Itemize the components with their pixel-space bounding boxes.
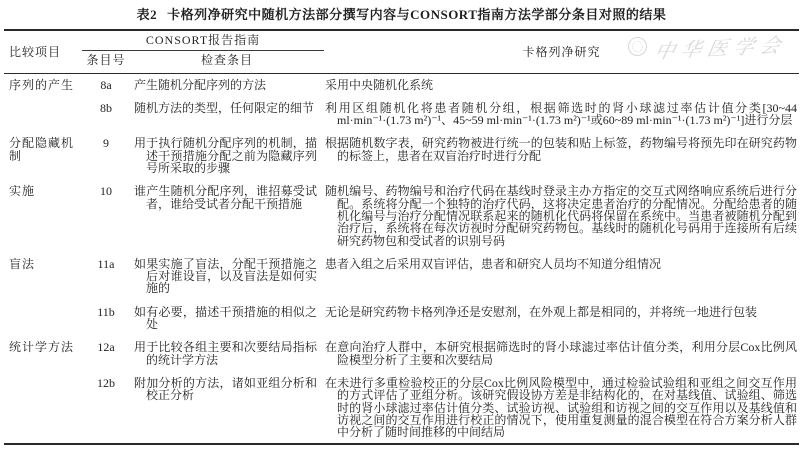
item-number-cell: 11b — [82, 296, 130, 332]
document-page: 表2卡格列净研究中随机方法部分撰写内容与CONSORT指南方法学部分条目对照的结… — [0, 0, 803, 465]
study-cell: 在未进行多重检验校正的分层Cox比例风险模型中，通过检验试验组和亚组之间交互作用… — [324, 367, 799, 444]
study-cell: 利用区组随机化将患者随机分组，根据筛选时的肾小球滤过率估计值分类[30~44 m… — [324, 92, 799, 128]
study-cell: 患者入组之后采用双盲评估，患者和研究人员均不知道分组情况 — [324, 248, 799, 296]
checklist-cell: 如有必要，描述干预措施的相似之处 — [130, 296, 324, 332]
table-title: 表2卡格列净研究中随机方法部分撰写内容与CONSORT指南方法学部分条目对照的结… — [0, 0, 803, 23]
table-row: 统计学方法12a用于比较各组主要和次要结局指标的统计学方法在意向治疗人群中，本研… — [4, 331, 799, 367]
table-row: 盲法11a如果实施了盲法，分配干预措施之后对谁设盲，以及盲法是如何实施的患者入组… — [4, 248, 799, 296]
header-consort-group: CONSORT报告指南 — [82, 30, 324, 51]
checklist-cell: 用于比较各组主要和次要结局指标的统计学方法 — [130, 331, 324, 367]
table-row: 8b随机方法的类型，任何限定的细节利用区组随机化将患者随机分组，根据筛选时的肾小… — [4, 92, 799, 128]
table-header: 比较项目 CONSORT报告指南 卡格列净研究 条目号 检查条目 — [4, 30, 799, 73]
checklist-cell: 产生随机分配序列的方法 — [130, 73, 324, 92]
table-row: 实施10谁产生随机分配序列，谁招募受试者，谁给受试者分配干预措施随机编号、药物编… — [4, 175, 799, 247]
item-number-cell: 9 — [82, 127, 130, 175]
header-compare-items: 比较项目 — [4, 30, 82, 73]
checklist-cell: 随机方法的类型，任何限定的细节 — [130, 92, 324, 128]
table-row: 分配隐藏机制9用于执行随机分配序列的机制，描述干预措施分配之前为隐藏序列号所采取… — [4, 127, 799, 175]
item-number-cell: 10 — [82, 175, 130, 247]
study-cell: 无论是研究药物卡格列净还是安慰剂，在外观上都是相同的，并将统一地进行包装 — [324, 296, 799, 332]
checklist-cell: 如果实施了盲法，分配干预措施之后对谁设盲，以及盲法是如何实施的 — [130, 248, 324, 296]
item-number-cell: 8b — [82, 92, 130, 128]
table-row: 序列的产生8a产生随机分配序列的方法采用中央随机化系统 — [4, 73, 799, 92]
header-canagliflozin-study: 卡格列净研究 — [324, 30, 799, 73]
category-cell — [4, 92, 82, 128]
item-number-cell: 12a — [82, 331, 130, 367]
category-cell — [4, 296, 82, 332]
category-cell — [4, 367, 82, 444]
category-cell: 序列的产生 — [4, 73, 82, 92]
header-checklist-item: 检查条目 — [130, 51, 324, 73]
study-cell: 在意向治疗人群中，本研究根据筛选时的肾小球滤过率估计值分类，利用分层Cox比例风… — [324, 331, 799, 367]
checklist-cell: 用于执行随机分配序列的机制，描述干预措施分配之前为隐藏序列号所采取的步骤 — [130, 127, 324, 175]
category-cell: 统计学方法 — [4, 331, 82, 367]
item-number-cell: 11a — [82, 248, 130, 296]
item-number-cell: 8a — [82, 73, 130, 92]
checklist-cell: 谁产生随机分配序列，谁招募受试者，谁给受试者分配干预措施 — [130, 175, 324, 247]
study-cell: 根据随机数字表，研究药物被进行统一的包装和贴上标签，药物编号将预先印在研究药物的… — [324, 127, 799, 175]
table-body: 序列的产生8a产生随机分配序列的方法采用中央随机化系统8b随机方法的类型，任何限… — [4, 73, 799, 444]
table-row: 12b附加分析的方法，诸如亚组分析和校正分析在未进行多重检验校正的分层Cox比例… — [4, 367, 799, 444]
table-row: 11b如有必要，描述干预措施的相似之处无论是研究药物卡格列净还是安慰剂，在外观上… — [4, 296, 799, 332]
study-cell: 随机编号、药物编号和治疗代码在基线时登录主办方指定的交互式网络响应系统后进行分配… — [324, 175, 799, 247]
table-number-label: 表2 — [137, 7, 158, 22]
consort-comparison-table: 比较项目 CONSORT报告指南 卡格列净研究 条目号 检查条目 序列的产生8a… — [4, 29, 799, 445]
header-item-number: 条目号 — [82, 51, 130, 73]
category-cell: 分配隐藏机制 — [4, 127, 82, 175]
checklist-cell: 附加分析的方法，诸如亚组分析和校正分析 — [130, 367, 324, 444]
category-cell: 盲法 — [4, 248, 82, 296]
study-cell: 采用中央随机化系统 — [324, 73, 799, 92]
category-cell: 实施 — [4, 175, 82, 247]
table-title-text: 卡格列净研究中随机方法部分撰写内容与CONSORT指南方法学部分条目对照的结果 — [167, 7, 666, 22]
item-number-cell: 12b — [82, 367, 130, 444]
